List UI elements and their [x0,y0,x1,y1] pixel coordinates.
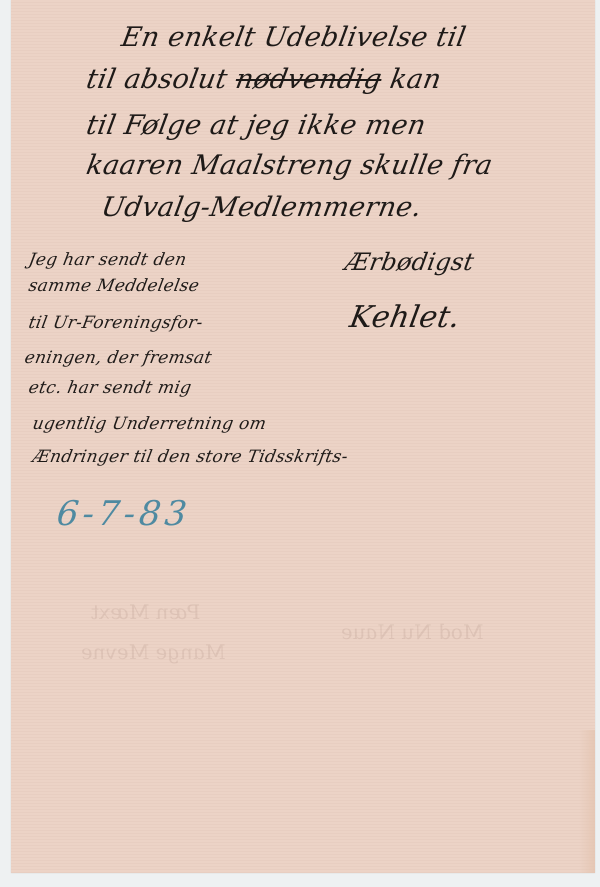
note-line-5: etc. har sendt mig [27,378,193,398]
bleed-through-3: Mod Nu Naue [339,620,486,644]
note-line-7: Ændringer til den store Tidsskrifts- [31,447,350,467]
bleed-through-1: Pæn Mæxt [89,600,202,624]
main-line-1: En enkelt Udeblivelse til [119,22,468,53]
signature-name: Kehlet. [347,300,463,335]
note-line-4: eningen, der fremsat [23,348,213,368]
note-line-2: samme Meddelelse [27,276,201,296]
letter-page: En enkelt Udeblivelse til til absolut nø… [11,0,595,873]
signature-closing: Ærbødigst [343,248,476,276]
main-line-2: til absolut nødvendig kan [84,64,444,95]
main-line-3: til Følge at jeg ikke men [84,110,428,141]
note-line-1: Jeg har sendt den [27,250,188,270]
note-line-6: ugentlig Underretning om [31,414,268,434]
bleed-through-2: Mange Mevne [79,640,228,664]
struck-word: nødvendig [233,64,384,95]
main-line-2-after: kan [388,64,444,95]
stamped-date: 6-7-83 [55,494,193,534]
main-line-5: Udvalg-Medlemmerne. [99,192,424,223]
main-line-2-text: til absolut [84,64,230,95]
main-line-4: kaaren Maalstreng skulle fra [84,150,495,181]
note-line-3: til Ur-Foreningsfor- [27,313,204,333]
